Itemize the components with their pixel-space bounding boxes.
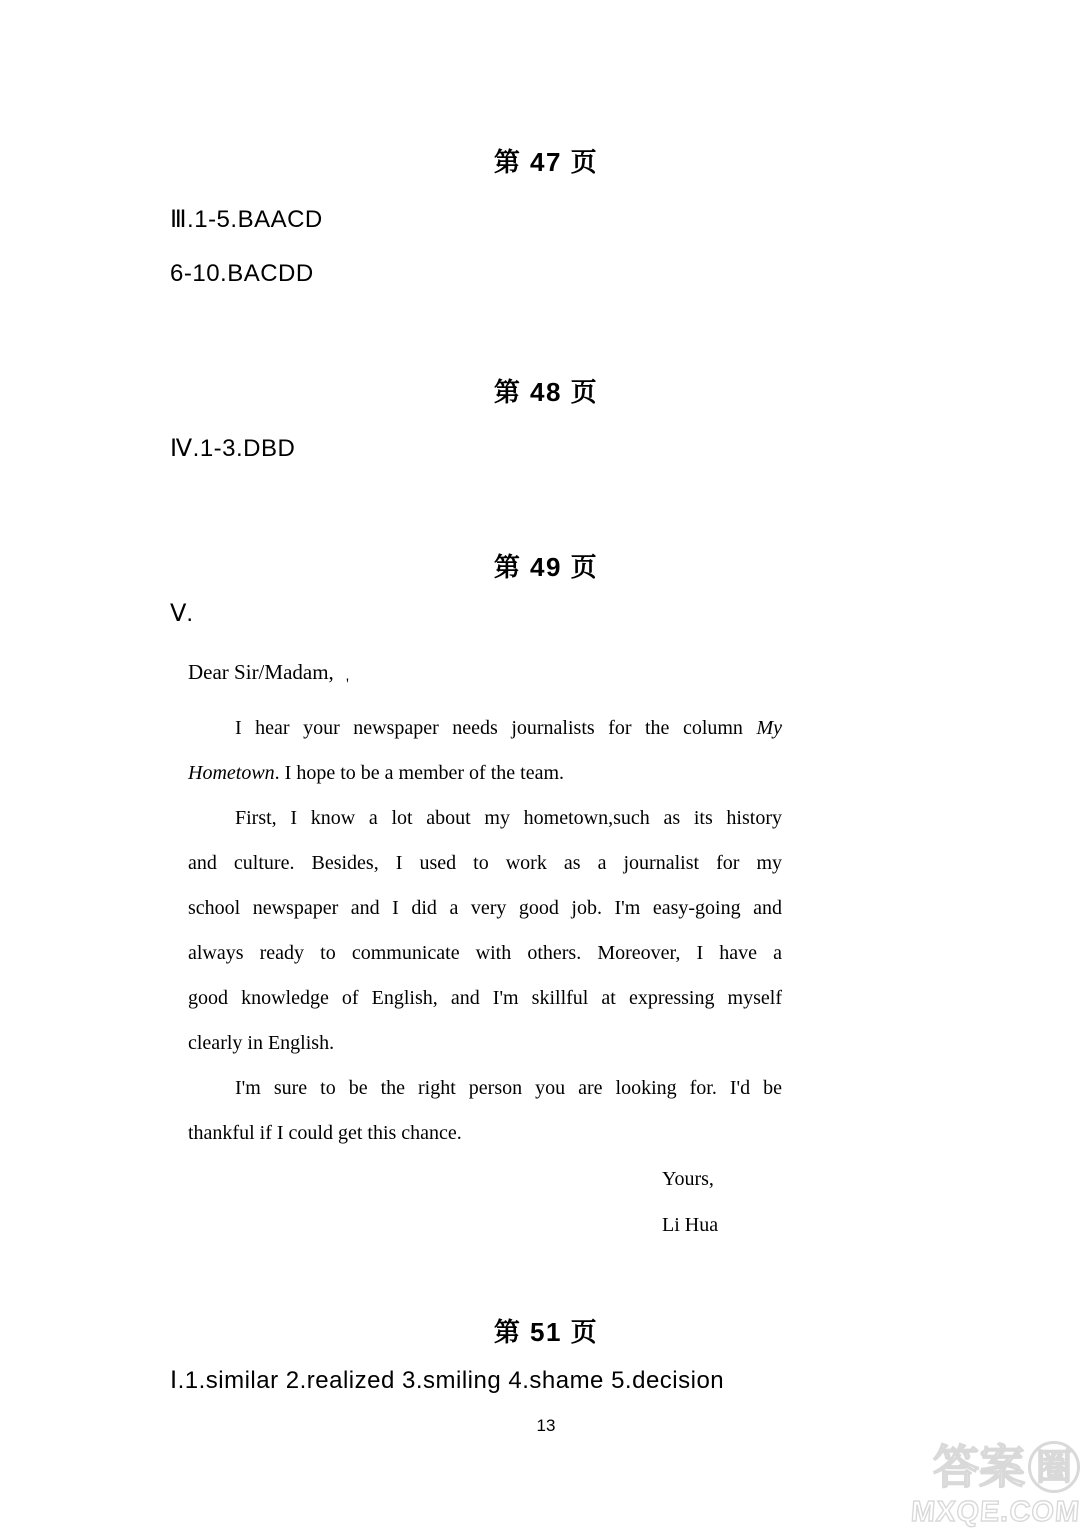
letter-column-title-italic: Hometown: [188, 762, 275, 784]
sample-letter: Dear Sir/Madam, ' I hear your newspaper …: [188, 655, 782, 1248]
letter-line: Hometown. I hope to be a member of the t…: [188, 751, 782, 796]
scanned-answer-page: 第 47 页 Ⅲ.1-5.BAACD 6-10.BACDD 第 48 页 Ⅳ.1…: [0, 0, 1092, 1536]
letter-line: and culture. Besides, I used to work as …: [188, 841, 782, 886]
letter-line: always ready to communicate with others.…: [188, 931, 782, 976]
folio-page-number: 13: [0, 1416, 1092, 1436]
letter-closing: Yours, Li Hua: [188, 1156, 782, 1248]
letter-signature: Li Hua: [662, 1202, 782, 1248]
watermark-circle-icon: 圈: [1028, 1441, 1080, 1493]
watermark-brand-text: 答案: [933, 1439, 1025, 1495]
answers-48-line-1: Ⅳ.1-3.DBD: [170, 434, 295, 463]
letter-column-title-italic: My: [756, 717, 782, 739]
letter-line: clearly in English.: [188, 1021, 782, 1066]
watermark-brand-row: 答案 圈: [911, 1439, 1080, 1495]
page-47-heading: 第 47 页: [0, 142, 1092, 179]
letter-salutation: Dear Sir/Madam, ': [188, 655, 782, 689]
page-49-heading: 第 49 页: [0, 547, 1092, 584]
letter-closing-yours: Yours,: [662, 1156, 782, 1202]
letter-line: good knowledge of English, and I'm skill…: [188, 976, 782, 1021]
page-48-heading: 第 48 页: [0, 372, 1092, 409]
answers-47-line-2: 6-10.BACDD: [170, 260, 314, 288]
letter-line: thankful if I could get this chance.: [188, 1111, 782, 1156]
letter-line-text: I hear your newspaper needs journalists …: [235, 717, 743, 739]
letter-line: First, I know a lot about my hometown,su…: [188, 796, 782, 841]
scan-artifact-mark: ': [346, 677, 349, 693]
letter-line: school newspaper and I did a very good j…: [188, 886, 782, 931]
page-51-heading: 第 51 页: [0, 1312, 1092, 1349]
letter-line-text: . I hope to be a member of the team.: [275, 762, 564, 784]
watermark-logo: 答案 圈 MXQE.COM: [911, 1439, 1080, 1528]
answers-47-line-1: Ⅲ.1-5.BAACD: [170, 205, 323, 234]
letter-line: I hear your newspaper needs journalists …: [188, 706, 782, 751]
section-v-label: Ⅴ.: [170, 599, 193, 628]
answers-51-line-1: Ⅰ.1.similar 2.realized 3.smiling 4.shame…: [170, 1366, 724, 1395]
watermark-site-url: MXQE.COM: [910, 1496, 1081, 1528]
letter-salutation-text: Dear Sir/Madam,: [188, 660, 334, 684]
letter-line: I'm sure to be the right person you are …: [188, 1066, 782, 1111]
